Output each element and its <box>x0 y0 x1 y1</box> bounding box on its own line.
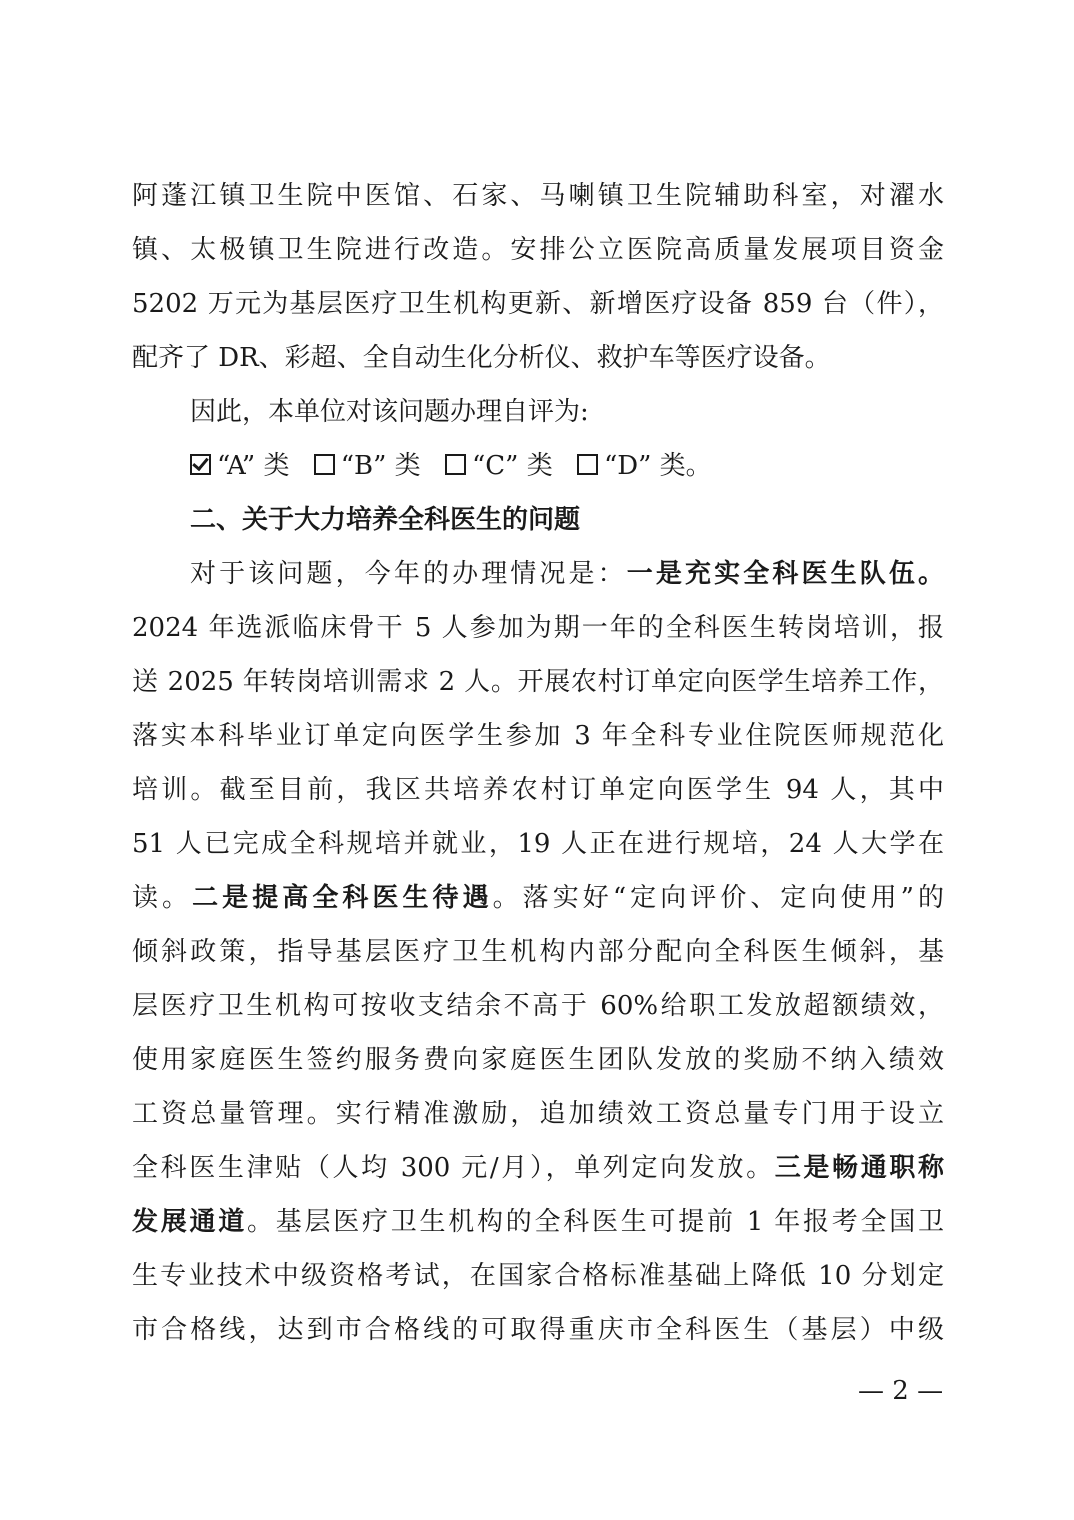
page-number: — 2 — <box>858 1376 943 1406</box>
paragraph-line: 工资总量管理。实行精准激励，追加绩效工资总量专门用于设立 <box>132 1097 944 1131</box>
paragraph-line: 生专业技术中级资格考试，在国家合格标准基础上降低 10 分划定 <box>132 1259 944 1293</box>
checkbox-icon[interactable] <box>577 454 598 475</box>
key-point-2: 二是提高全科医生待遇 <box>192 883 493 913</box>
checked-box-icon[interactable] <box>190 454 211 475</box>
checkbox-icon[interactable] <box>445 454 466 475</box>
paragraph-line: 阿蓬江镇卫生院中医馆、石家、马喇镇卫生院辅助科室，对濯水 <box>132 179 944 213</box>
rating-option-d[interactable]: “D” 类。 <box>577 451 712 481</box>
paragraph-line: 倾斜政策，指导基层医疗卫生机构内部分配向全科医生倾斜，基 <box>132 935 944 969</box>
paragraph-line: 51 人已完成全科规培并就业，19 人正在进行规培，24 人大学在 <box>132 827 944 861</box>
paragraph-line: 镇、太极镇卫生院进行改造。安排公立医院高质量发展项目资金 <box>132 233 944 267</box>
paragraph-line: 落实本科毕业订单定向医学生参加 3 年全科专业住院医师规范化 <box>132 719 944 753</box>
section-heading: 二、关于大力培养全科医生的问题 <box>190 503 944 537</box>
paragraph-line: 5202 万元为基层医疗卫生机构更新、新增医疗设备 859 台（件）， <box>132 287 944 321</box>
paragraph-line: 发展通道。基层医疗卫生机构的全科医生可提前 1 年报考全国卫 <box>132 1205 944 1239</box>
paragraph-line: 送 2025 年转岗培训需求 2 人。开展农村订单定向医学生培养工作， <box>132 665 944 699</box>
key-point-3: 三是畅通职称 <box>775 1153 944 1183</box>
checkbox-icon[interactable] <box>314 454 335 475</box>
paragraph-line: 配齐了 DR、彩超、全自动生化分析仪、救护车等医疗设备。 <box>132 341 944 375</box>
self-evaluation-prompt: 因此，本单位对该问题办理自评为: <box>190 395 944 429</box>
document-page: 阿蓬江镇卫生院中医馆、石家、马喇镇卫生院辅助科室，对濯水 镇、太极镇卫生院进行改… <box>0 0 1074 1520</box>
key-point-1: 一是充实全科医生队伍。 <box>627 559 944 589</box>
paragraph-line: 培训。截至目前，我区共培养农村订单定向医学生 94 人，其中 <box>132 773 944 807</box>
key-point-3-cont: 发展通道 <box>132 1207 247 1237</box>
paragraph-line: 读。二是提高全科医生待遇。落实好“定向评价、定向使用”的 <box>132 881 944 915</box>
paragraph-line: 市合格线，达到市合格线的可取得重庆市全科医生（基层）中级 <box>132 1313 944 1347</box>
paragraph-line: 全科医生津贴（人均 300 元/月），单列定向发放。三是畅通职称 <box>132 1151 944 1185</box>
paragraph-line: 对于该问题，今年的办理情况是：一是充实全科医生队伍。 <box>190 557 944 591</box>
rating-option-c[interactable]: “C” 类 <box>445 451 553 481</box>
paragraph-line: 2024 年选派临床骨干 5 人参加为期一年的全科医生转岗培训，报 <box>132 611 944 645</box>
self-evaluation-rating: “A” 类 “B” 类 “C” 类 “D” 类。 <box>190 449 944 483</box>
rating-option-b[interactable]: “B” 类 <box>314 451 421 481</box>
rating-option-a[interactable]: “A” 类 <box>190 451 289 481</box>
paragraph-line: 使用家庭医生签约服务费向家庭医生团队发放的奖励不纳入绩效 <box>132 1043 944 1077</box>
paragraph-line: 层医疗卫生机构可按收支结余不高于 60%给职工发放超额绩效， <box>132 989 944 1023</box>
